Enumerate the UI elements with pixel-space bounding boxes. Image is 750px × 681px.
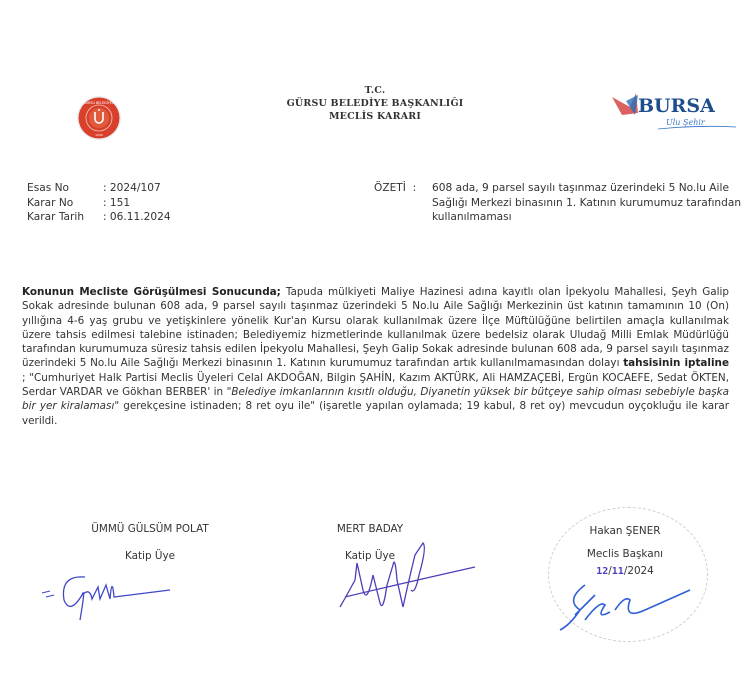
signature-block-katip-1: ÜMMÜ GÜLSÜM POLAT Katip Üye (70, 522, 230, 563)
meta-esas-no: Esas No : 2024/107 (27, 181, 171, 196)
signer-name: Hakan ŞENER (555, 524, 695, 538)
signer-title: Meclis Başkanı (555, 547, 695, 561)
signer-title: Katip Üye (70, 549, 230, 563)
header-institution: GÜRSU BELEDİYE BAŞKANLIĞI (0, 97, 750, 110)
signer-name: ÜMMÜ GÜLSÜM POLAT (70, 522, 230, 536)
svg-text:1930: 1930 (95, 133, 103, 137)
decision-summary: ÖZETİ : 608 ada, 9 parsel sayılı taşınma… (374, 181, 750, 225)
body-decision: tahsisinin iptaline (623, 357, 729, 369)
signature-block-katip-2: MERT BADAY Katip Üye (310, 522, 430, 563)
meta-karar-no: Karar No : 151 (27, 196, 171, 211)
body-lead: Konunun Mecliste Görüşülmesi Sonucunda; (22, 286, 281, 298)
meta-karar-tarih: Karar Tarih : 06.11.2024 (27, 210, 171, 225)
signature-date: 12/11/2024 (555, 564, 695, 579)
decision-meta: Esas No : 2024/107 Karar No : 151 Karar … (27, 181, 171, 225)
header-tc: T.C. (0, 84, 750, 97)
header-doc-type: MECLİS KARARI (0, 110, 750, 123)
signer-name: MERT BADAY (310, 522, 430, 536)
decision-body: Konunun Mecliste Görüşülmesi Sonucunda; … (22, 285, 729, 428)
signature-block-baskan: Hakan ŞENER Meclis Başkanı 12/11/2024 (555, 524, 695, 579)
signer-title: Katip Üye (310, 549, 430, 563)
summary-text: 608 ada, 9 parsel sayılı taşınmaz üzerin… (432, 181, 750, 225)
handwritten-signature-1 (40, 565, 180, 625)
document-header: T.C. GÜRSU BELEDİYE BAŞKANLIĞI MECLİS KA… (0, 84, 750, 123)
summary-label: ÖZETİ : (374, 181, 432, 225)
